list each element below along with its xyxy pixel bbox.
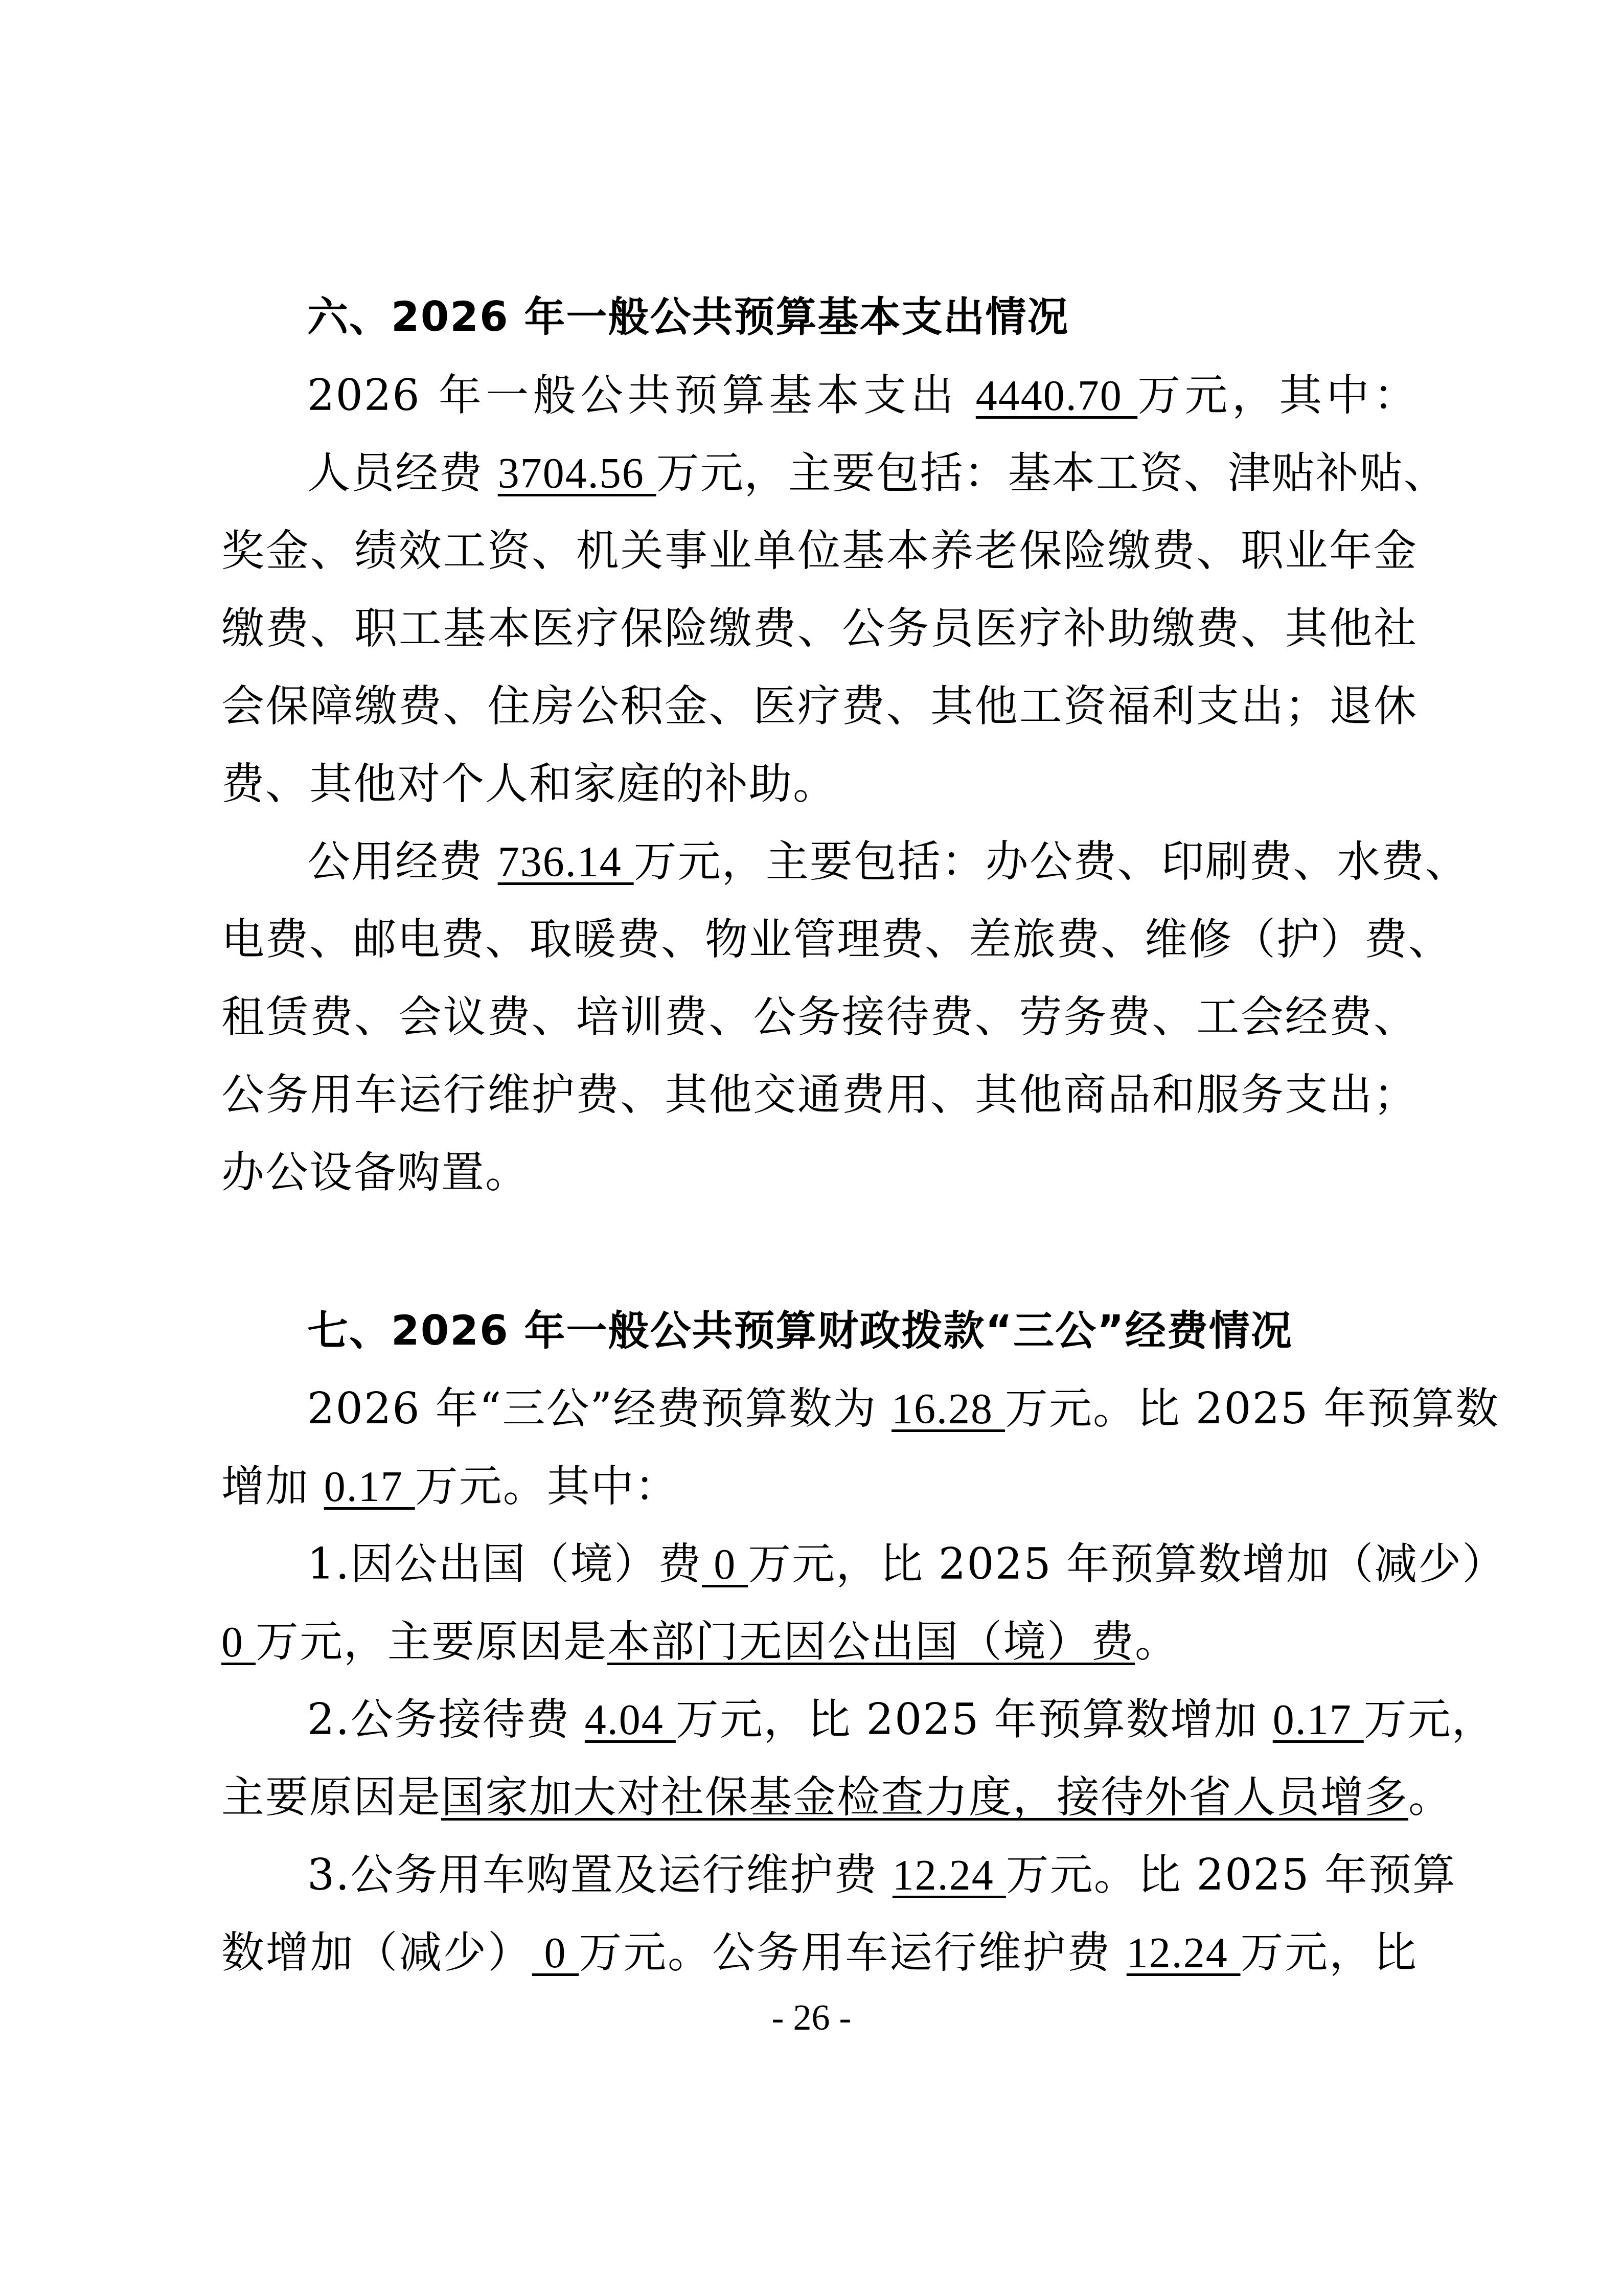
- personnel-line-3: 缴费、职工基本医疗保险缴费、公务员医疗补助缴费、其他社: [221, 600, 1418, 656]
- text: 万元。公务用车运行维护费: [579, 1927, 1126, 1977]
- text: 。: [1135, 1617, 1179, 1667]
- text: 数增加（减少）: [221, 1927, 532, 1977]
- item-1-line-1: 1.因公出国（境）费 0 万元，比 2025 年预算数增加（减少）: [221, 1536, 1418, 1593]
- personnel-line-1: 人员经费 3704.56 万元，主要包括：基本工资、津贴补贴、: [221, 445, 1418, 502]
- personnel-line-2: 奖金、绩效工资、机关事业单位基本养老保险缴费、职业年金: [221, 522, 1418, 579]
- text: 万元，比 2025 年预算数增加（减少）: [748, 1539, 1506, 1589]
- vehicle-amount: 12.24: [893, 1852, 1006, 1899]
- personnel-line-5: 费、其他对个人和家庭的补助。: [221, 756, 1418, 812]
- item-2-line-1: 2.公务接待费 4.04 万元，比 2025 年预算数增加 0.17 万元，: [221, 1691, 1418, 1748]
- reception-amount: 4.04: [585, 1696, 676, 1744]
- text: 增加: [221, 1461, 324, 1511]
- reception-reason: 国家加大对社保基金检查力度，接待外省人员增多: [441, 1772, 1408, 1822]
- text: 万元。比 2025 年预算: [1006, 1850, 1456, 1900]
- item-3-line-1: 3.公务用车购置及运行维护费 12.24 万元。比 2025 年预算: [221, 1847, 1418, 1904]
- text: 万元，比: [1241, 1927, 1418, 1977]
- public-line-4: 公务用车运行维护费、其他交通费用、其他商品和服务支出；: [221, 1066, 1418, 1123]
- personnel-amount: 3704.56: [498, 450, 656, 497]
- text: 万元，比 2025 年预算数增加: [676, 1694, 1273, 1744]
- reception-change: 0.17: [1273, 1696, 1364, 1744]
- vehicle-operation-amount: 12.24: [1127, 1929, 1241, 1977]
- public-line-2: 电费、邮电费、取暖费、物业管理费、差旅费、维修（护）费、: [221, 911, 1418, 967]
- text: 。: [1408, 1772, 1452, 1822]
- vehicle-change: 0: [532, 1929, 579, 1977]
- text: 万元，主要包括：基本工资、津贴补贴、: [656, 448, 1448, 498]
- text: 2.公务接待费: [307, 1694, 585, 1744]
- text: 万元，: [1364, 1694, 1496, 1744]
- overseas-amount: 0: [702, 1541, 748, 1588]
- text: 人员经费: [307, 448, 498, 498]
- personnel-line-4: 会保障缴费、住房公积金、医疗费、其他工资福利支出；退休: [221, 678, 1418, 734]
- total-basic-expenditure: 4440.70: [976, 372, 1137, 420]
- text: 1.因公出国（境）费: [307, 1539, 702, 1589]
- text: 3.公务用车购置及运行维护费: [307, 1850, 893, 1900]
- section-7-heading: 七、2026 年一般公共预算财政拨款“三公”经费情况: [221, 1303, 1418, 1359]
- overseas-reason: 本部门无因公出国（境）费: [607, 1617, 1135, 1667]
- text: 2026 年一般公共预算基本支出: [307, 370, 976, 420]
- public-line-3: 租赁费、会议费、培训费、公务接待费、劳务费、工会经费、: [221, 989, 1418, 1045]
- section-6-intro: 2026 年一般公共预算基本支出 4440.70 万元，其中：: [221, 367, 1418, 424]
- public-amount: 736.14: [498, 838, 634, 886]
- public-line-1: 公用经费 736.14 万元，主要包括：办公费、印刷费、水费、: [221, 833, 1418, 891]
- public-line-5: 办公设备购置。: [221, 1144, 1418, 1200]
- text: 万元。其中：: [415, 1461, 679, 1511]
- text: 万元。比 2025 年预算数: [1005, 1383, 1499, 1434]
- overseas-change: 0: [221, 1619, 256, 1666]
- text: 公用经费: [307, 836, 498, 886]
- three-public-change: 0.17: [324, 1463, 415, 1511]
- text: 万元，主要原因是: [256, 1617, 607, 1667]
- item-3-line-2: 数增加（减少） 0 万元。公务用车运行维护费 12.24 万元，比: [221, 1924, 1418, 1982]
- section-7-intro-1: 2026 年“三公”经费预算数为 16.28 万元。比 2025 年预算数: [221, 1380, 1418, 1438]
- three-public-total: 16.28: [891, 1385, 1005, 1433]
- text: 主要原因是: [221, 1772, 441, 1822]
- item-1-line-2: 0 万元，主要原因是本部门无因公出国（境）费。: [221, 1613, 1418, 1671]
- section-6-heading: 六、2026 年一般公共预算基本支出情况: [221, 289, 1418, 345]
- text: 2026 年“三公”经费预算数为: [307, 1383, 891, 1434]
- text: 万元，其中：: [1137, 370, 1418, 420]
- item-2-line-2: 主要原因是国家加大对社保基金检查力度，接待外省人员增多。: [221, 1769, 1418, 1825]
- section-7-intro-2: 增加 0.17 万元。其中：: [221, 1458, 1418, 1515]
- page-number: - 26 -: [0, 1996, 1623, 2039]
- text: 万元，主要包括：办公费、印刷费、水费、: [634, 836, 1469, 886]
